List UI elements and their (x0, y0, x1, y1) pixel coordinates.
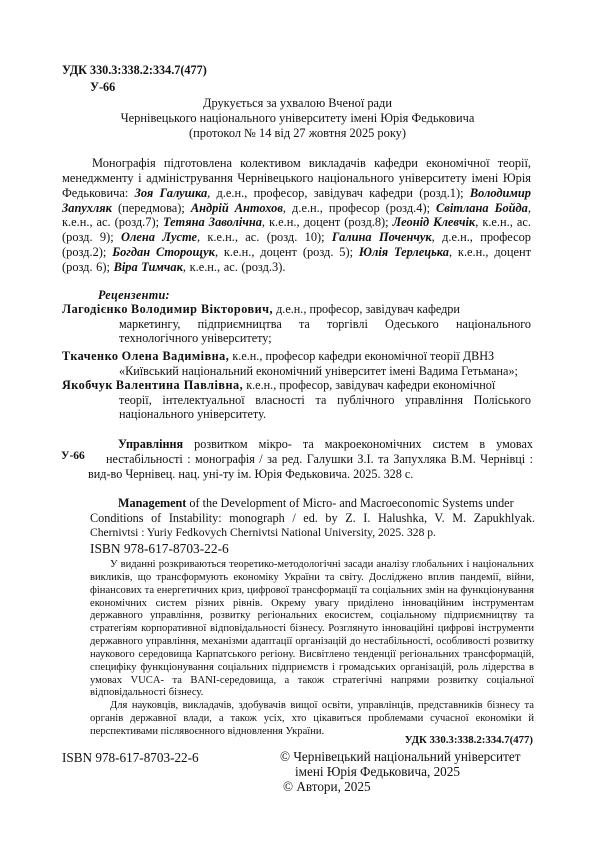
copyright-line: імені Юрія Федьковича, 2025 (280, 765, 520, 780)
title-rest: of the Development of Micro- and Macroec… (186, 496, 513, 510)
bibliographic-record-en: Management of the Development of Micro- … (90, 496, 535, 541)
title-bold: Управління (118, 437, 183, 451)
reviewer-affiliation: «Київський національний економічний унів… (62, 364, 531, 379)
title-bold: Management (118, 496, 186, 510)
author-name: Світлана Бойда (436, 201, 528, 215)
udk-code-bottom: УДК 330.3:338.2:334.7(477) (405, 734, 533, 746)
reviewer-name: Олена Вадимівна, (122, 349, 230, 363)
approval-line: Чернівецького національного університету… (60, 111, 535, 126)
author-name: Богдан Сторощук (112, 245, 215, 259)
biblio-line: Chernivtsi : Yuriy Fedkovych Chernivtsi … (90, 526, 535, 541)
approval-line: Друкується за ухвалою Вченої ради (60, 96, 535, 111)
author-details: , к.е.н., ас. (розд.3). (183, 260, 286, 274)
isbn: ISBN 978-617-8703-22-6 (90, 541, 229, 557)
biblio-line: Conditions of Instability: monograph / e… (90, 511, 535, 526)
author-details: , к.е.н., доцент (розд.8); (262, 215, 393, 229)
author-name: Юлія Терлецька (359, 245, 449, 259)
author-details: , к.е.н., доцент (розд. 5); (215, 245, 359, 259)
reviewer-position: д.е.н., професор, завідувач кафедри (273, 302, 460, 316)
reviewers-heading: Рецензенти: (98, 288, 170, 303)
author-details: , д.е.н., професор (розд.4); (283, 201, 436, 215)
reviewer-name: Валентина Павлівна, (116, 378, 243, 392)
copyright-line: © Чернівецький національний університет (280, 749, 520, 764)
reviewer-entry: Лагодієнко Володимир Вікторович, д.е.н.,… (62, 302, 531, 346)
author-name: Галина Поченчук (332, 230, 432, 244)
biblio-line: нестабільності : монографія / за ред. Га… (98, 452, 533, 467)
author-name: Зоя Галушка (135, 186, 208, 200)
author-name: Андрій Антохов (191, 201, 283, 215)
author-name: Олена Лусте (121, 230, 197, 244)
approval-statement: Друкується за ухвалою Вченої ради Чернів… (60, 96, 535, 140)
author-name: Леонід Клевчік (393, 215, 476, 229)
author-details: , д.е.н., професор, завідувач кафедри (р… (207, 186, 470, 200)
author-name: Тетяна Заволічна (163, 215, 262, 229)
reviewer-affiliation: теорії, інтелектуальної власності та пуб… (62, 393, 531, 422)
reviewer-surname: Ткаченко (62, 349, 119, 363)
reviewer-surname: Якобчук (62, 378, 113, 392)
copyright-line: © Автори, 2025 (280, 780, 520, 795)
reviewer-affiliation: маркетингу, підприємництва та торгівлі О… (62, 317, 531, 346)
authors-paragraph: Монографія підготовлена колективом викла… (62, 156, 531, 275)
author-name: Віра Тимчак (114, 260, 183, 274)
reviewer-position: к.е.н., професор кафедри економічної тео… (229, 349, 494, 363)
bibliographic-record-ua: Управління розвитком мікро- та макроекон… (98, 437, 533, 482)
bibliography-code: У-66 (61, 450, 85, 462)
approval-line: (протокол № 14 від 27 жовтня 2025 року) (60, 126, 535, 141)
reviewer-name: Володимир Вікторович, (131, 302, 273, 316)
reviewer-entry: Якобчук Валентина Павлівна, к.е.н., проф… (62, 378, 531, 422)
copyright-block: © Чернівецький національний університет … (280, 750, 520, 794)
abstract-paragraph: У виданні розкриваються теоретико-методо… (90, 559, 534, 700)
biblio-line: вид-во Чернівец. нац. уні-ту ім. Юрія Фе… (88, 467, 533, 482)
reviewer-surname: Лагодієнко (62, 302, 128, 316)
author-details: (передмова); (112, 201, 191, 215)
abstract: У виданні розкриваються теоретико-методо… (90, 559, 534, 739)
udk-code: УДК 330.3:338.2:334.7(477) (62, 63, 207, 78)
isbn-bottom: ISBN 978-617-8703-22-6 (62, 750, 199, 766)
reviewer-position: к.е.н., професор, завідувач кафедри екон… (243, 378, 495, 392)
title-rest: розвитком мікро- та макроекономічних сис… (183, 437, 533, 451)
author-sign-code: У-66 (90, 80, 115, 95)
reviewer-entry: Ткаченко Олена Вадимівна, к.е.н., профес… (62, 349, 531, 378)
author-details: , к.е.н., ас. (розд. 10); (197, 230, 332, 244)
